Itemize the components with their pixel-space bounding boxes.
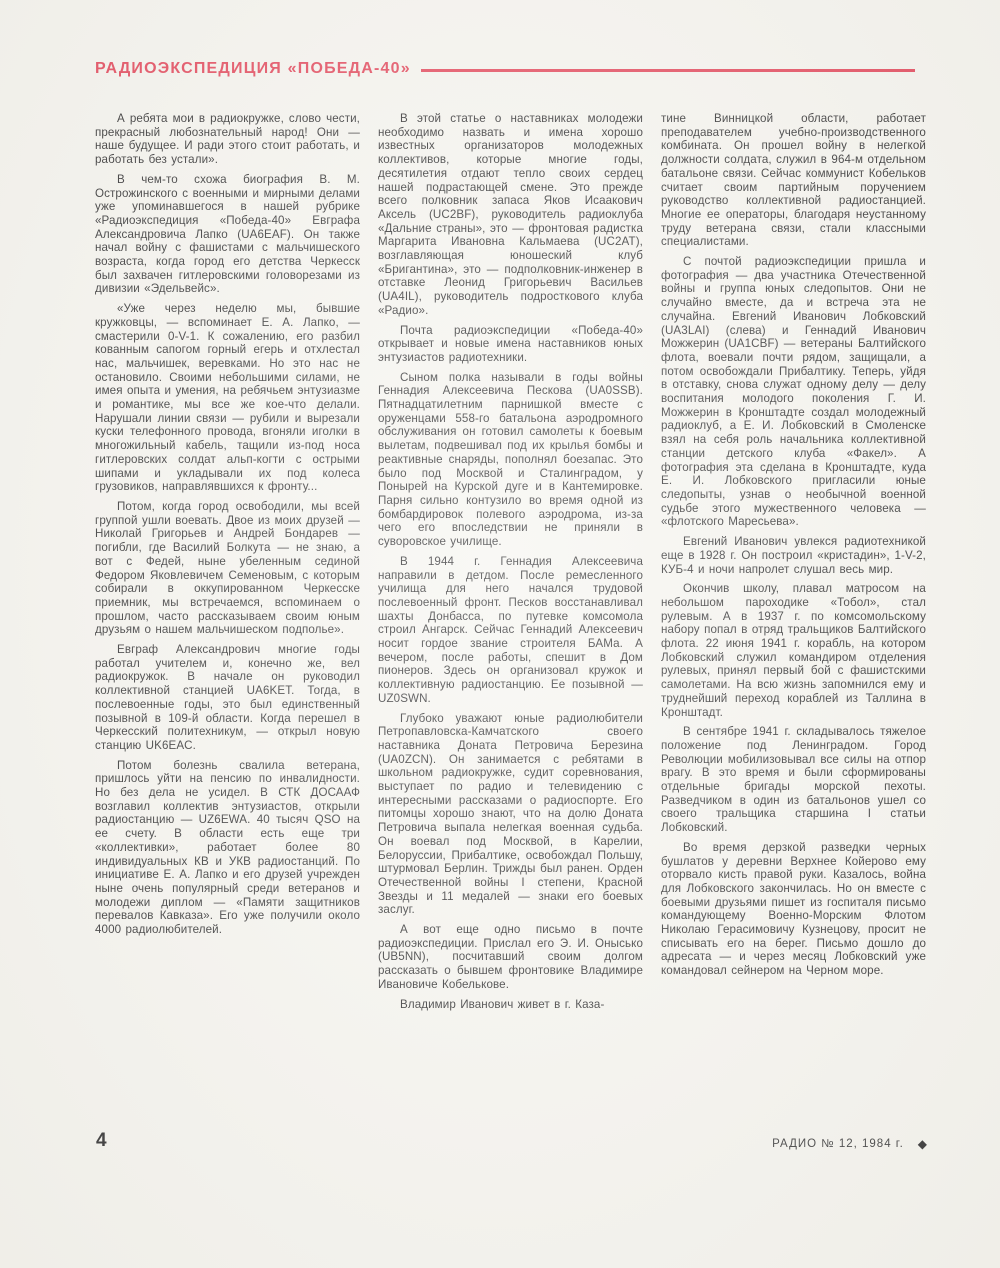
magazine-page: РАДИОЭКСПЕДИЦИЯ «ПОБЕДА-40» А ребята мои…: [0, 0, 1000, 1268]
column-3: тине Винницкой области, работает препода…: [661, 112, 926, 1017]
paragraph: Владимир Иванович живет в г. Каза-: [378, 998, 643, 1012]
paragraph: А вот еще одно письмо в почте радиоэкспе…: [378, 923, 643, 992]
page-number: 4: [96, 1130, 107, 1152]
column-1: А ребята мои в радиокружке, слово чести,…: [95, 112, 360, 1017]
journal-reference: РАДИО № 12, 1984 г.: [772, 1138, 904, 1150]
article-body: А ребята мои в радиокружке, слово чести,…: [95, 112, 925, 1017]
paragraph: В сентябре 1941 г. складывалось тяжелое …: [661, 725, 926, 835]
paragraph: С почтой радиоэкспедиции пришла и фотогр…: [661, 255, 926, 529]
paragraph: Потом, когда город освободили, мы всей г…: [95, 500, 360, 637]
paragraph: «Уже через неделю мы, бывшие кружковцы, …: [95, 302, 360, 494]
paragraph: Глубоко уважают юные радиолюбители Петро…: [378, 712, 643, 918]
paragraph: Потом болезнь свалила ветерана, пришлось…: [95, 759, 360, 937]
paragraph: Во время дерзкой разведки черных бушлато…: [661, 841, 926, 978]
rubric-title: РАДИОЭКСПЕДИЦИЯ «ПОБЕДА-40»: [95, 60, 411, 78]
end-mark-icon: ◆: [918, 1137, 928, 1151]
paragraph: Почта радиоэкспедиции «Победа-40» открыв…: [378, 324, 643, 365]
column-2: В этой статье о наставниках молодежи нео…: [378, 112, 643, 1017]
paragraph: В этой статье о наставниках молодежи нео…: [378, 112, 643, 318]
paragraph: А ребята мои в радиокружке, слово чести,…: [95, 112, 360, 167]
section-masthead: РАДИОЭКСПЕДИЦИЯ «ПОБЕДА-40»: [95, 58, 915, 80]
paragraph: Евгений Иванович увлекся радиотехникой е…: [661, 535, 926, 576]
paragraph: тине Винницкой области, работает препода…: [661, 112, 926, 249]
paragraph: Окончив школу, плавал матросом на неболь…: [661, 582, 926, 719]
paragraph: В 1944 г. Геннадия Алексеевича направили…: [378, 555, 643, 706]
journal-footer: РАДИО № 12, 1984 г. ◆: [772, 1137, 928, 1151]
paragraph: В чем-то схожа биография В. М. Острожинс…: [95, 173, 360, 296]
paragraph: Евграф Александрович многие годы работал…: [95, 643, 360, 753]
paragraph: Сыном полка называли в годы войны Геннад…: [378, 371, 643, 549]
masthead-rule: [421, 69, 915, 72]
